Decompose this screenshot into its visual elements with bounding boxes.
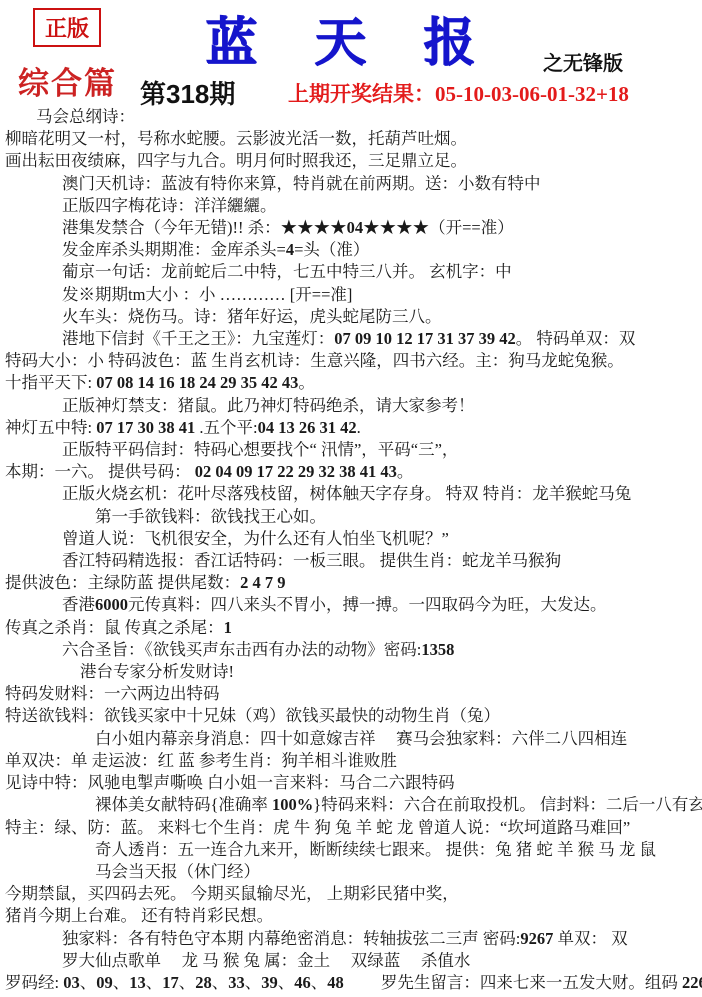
edition-label: 之无锋版 xyxy=(543,47,623,76)
report-line: 画出耘田夜绩麻，四字与九合。明月何时照我还，三足鼎立足。 xyxy=(0,150,702,172)
report-line: 神灯五中特: 07 17 30 38 41 .五个平:04 13 26 31 4… xyxy=(0,417,702,439)
report-line: 今期禁鼠，买四码去死。 今期买鼠输尽光， 上期彩民猪中奖， xyxy=(0,883,702,905)
report-line: 正版神灯禁支：猪鼠。此乃神灯特码绝杀，请大家参考！ xyxy=(0,395,702,417)
report-line: 猪肖今期上台难。 还有特肖彩民想。 xyxy=(0,905,702,927)
report-line: 正版四字梅花诗：洋洋纚纚。 xyxy=(0,195,702,217)
lottery-tip-sheet: 正版 蓝 天 报 之无锋版 综合篇 第318期 上期开奖结果：05-10-03-… xyxy=(0,0,702,997)
report-line: 特码发财料：一六两边出特码 xyxy=(0,683,702,705)
report-line: 传真之杀肖：鼠 传真之杀尾：1 xyxy=(0,617,702,639)
report-line: 裸体美女献特码{准确率 100%}特码来料：六合在前取投机。 信封料：二后一八有… xyxy=(0,794,702,816)
report-line: 港台专家分析发财诗! xyxy=(0,661,702,683)
report-line: 十指平天下: 07 08 14 16 18 24 29 35 42 43。 xyxy=(0,372,702,394)
report-line: 澳门天机诗：蓝波有特你来算，特肖就在前两期。送：小数有特中 xyxy=(0,173,702,195)
report-line: 曾道人说：飞机很安全，为什么还有人怕坐飞机呢？” xyxy=(0,528,702,550)
report-line: 火车头：烧伤马。诗：猪年好运，虎头蛇尾防三八。 xyxy=(0,306,702,328)
report-line: 港集发禁合（今年无错)!! 杀：★★★★04★★★★（开==准） xyxy=(0,217,702,239)
report-line: 发金库杀头期期准：金库杀头=4=头（准） xyxy=(0,239,702,261)
last-draw-result: 上期开奖结果：05-10-03-06-01-32+18 xyxy=(288,78,629,108)
report-line: 正版特平码信封：特码心想要找个“ 汛情”，平码“三”， xyxy=(0,439,702,461)
report-line: 葡京一句话：龙前蛇后二中特，七五中特三八并。 玄机字：中 xyxy=(0,261,702,283)
report-line: 第一手欲钱料：欲钱找王心如。 xyxy=(0,506,702,528)
report-line: 六合圣旨：《欲钱买声东击西有办法的动物》密码:1358 xyxy=(0,639,702,661)
report-line: 独家料：各有特色守本期 内幕绝密消息：转轴拔弦二三声 密码:9267 单双： 双 xyxy=(0,928,702,950)
report-line: 奇人透肖：五一连合九来开，断断续续七跟来。 提供：兔 猪 蛇 羊 猴 马 龙 鼠 xyxy=(0,839,702,861)
report-line: 特主：绿、防：蓝。 来料七个生肖：虎 牛 狗 兔 羊 蛇 龙 曾道人说：“坎坷道… xyxy=(0,817,702,839)
report-line: 发※期期tm大小 ：小 ………… [开==准] xyxy=(0,284,702,306)
report-line: 罗码经: 03、09、13、17、28、33、39、46、48 罗先生留言：四来… xyxy=(0,972,702,994)
report-line: 单双决：单 走运波：红 蓝 参考生肖：狗羊相斗谁败胜 xyxy=(0,750,702,772)
report-line: 马会总纲诗： xyxy=(0,106,702,128)
report-line: 正版火烧玄机：花叶尽落残枝留，树体触天字存身。 特双 特肖：龙羊猴蛇马兔 xyxy=(0,483,702,505)
report-line: 白小姐内幕亲身消息：四十如意嫁吉祥 赛马会独家料：六伴二八四相连 xyxy=(0,728,702,750)
report-line: 见诗中特：风驰电掣声嘶唤 白小姐一言来料：马合二六跟特码 xyxy=(0,772,702,794)
report-line: 提供波色：主绿防蓝 提供尾数：2 4 7 9 xyxy=(0,572,702,594)
report-line: 特码大小：小 特码波色：蓝 生肖玄机诗：生意兴隆，四书六经。主：狗马龙蛇兔猴。 xyxy=(0,350,702,372)
report-line: 特送欲钱料：欲钱买家中十兄妹（鸡）欲钱买最快的动物生肖（兔） xyxy=(0,705,702,727)
report-line: 香江特码精选报：香江话特码：一板三眼。 提供生肖：蛇龙羊马猴狗 xyxy=(0,550,702,572)
report-line: 罗大仙点歌单 龙 马 猴 兔 属：金土 双绿蓝 杀值水 xyxy=(0,950,702,972)
report-line: 港地下信封《千王之王》：九宝莲灯：07 09 10 12 17 31 37 39… xyxy=(0,328,702,350)
report-body: 马会总纲诗：柳暗花明又一村，号称水蛇腰。云影波光活一数，托葫芦吐烟。画出耘田夜绩… xyxy=(0,106,702,994)
report-line: 柳暗花明又一村，号称水蛇腰。云影波光活一数，托葫芦吐烟。 xyxy=(0,128,702,150)
report-line: 马会当天报（休门经） xyxy=(0,861,702,883)
report-line: 本期：一六。 提供号码： 02 04 09 17 22 29 32 38 41 … xyxy=(0,461,702,483)
report-line: 香港6000元传真料：四八来头不胃小，搏一搏。一四取码今为旺，大发达。 xyxy=(0,594,702,616)
section-label: 综合篇 xyxy=(18,58,117,103)
